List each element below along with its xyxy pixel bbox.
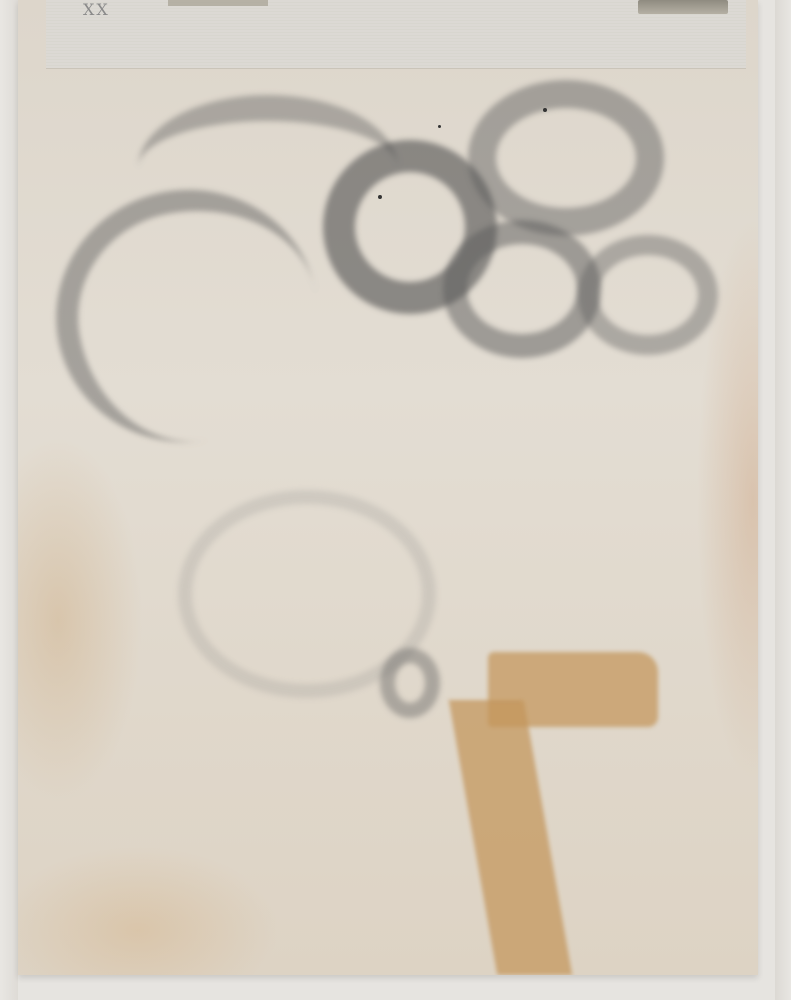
ink-dot: [380, 648, 440, 718]
paper-sheet: XX: [18, 0, 758, 975]
mount-background-right: [775, 0, 791, 1000]
ink-loop-top-right: [468, 80, 664, 236]
speck: [378, 195, 382, 199]
water-stain-stem: [449, 700, 572, 975]
speck: [543, 108, 547, 112]
mount-background-left: [0, 0, 18, 1000]
speck: [438, 125, 441, 128]
tape-shadow-right: [638, 0, 728, 14]
tape-shadow-left: [168, 0, 268, 6]
pencil-mark: XX: [83, 0, 110, 19]
ink-loop-far-right: [578, 235, 718, 355]
